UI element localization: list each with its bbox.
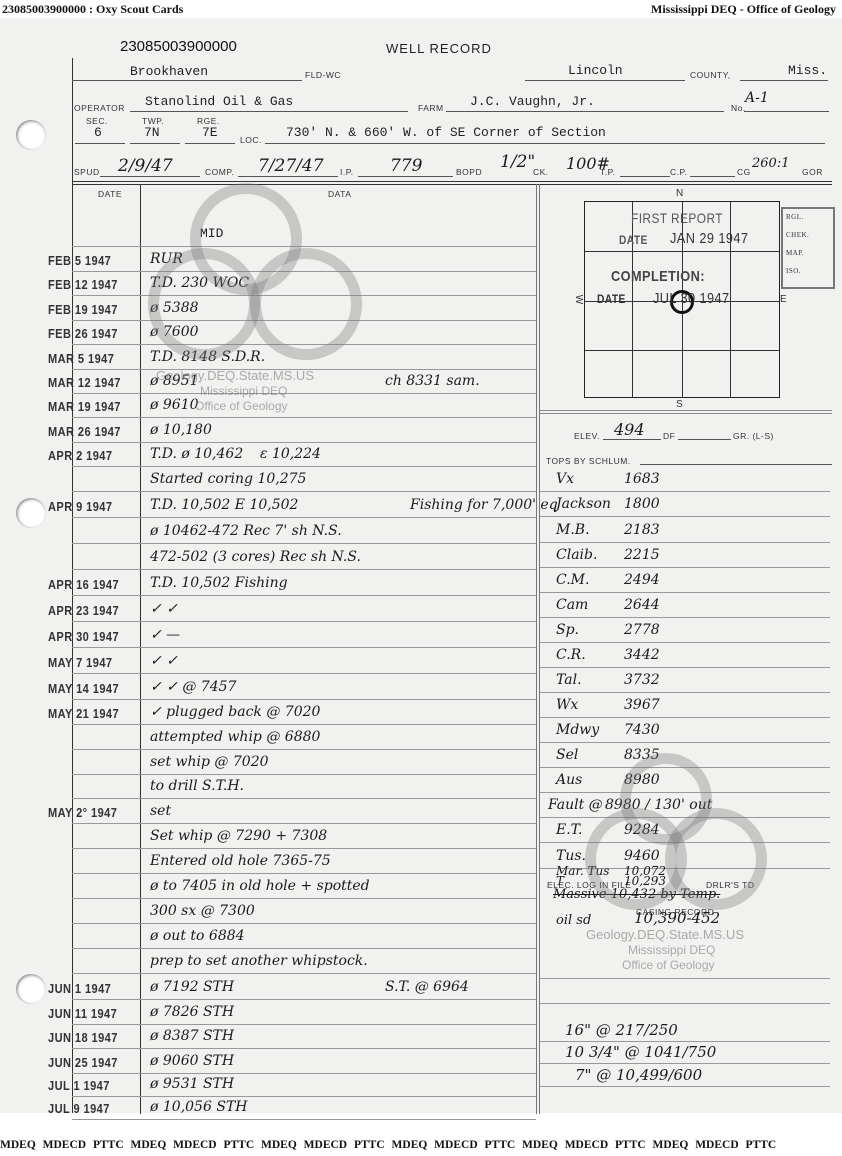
oil-sand-label: oil sd bbox=[556, 913, 591, 928]
entry-data: ø out to 6884 bbox=[150, 928, 245, 944]
section-location-map: FIRST REPORT DATE JAN 29 1947 COMPLETION… bbox=[584, 201, 780, 398]
entry-date: JUN 11 1947 bbox=[48, 1006, 117, 1021]
entry-data: ø 9060 STH bbox=[150, 1053, 234, 1069]
formation-depth: 3442 bbox=[624, 647, 660, 663]
entry-date: MAY 7 1947 bbox=[48, 655, 112, 670]
watermark-org-2: Mississippi DEQ bbox=[628, 943, 715, 957]
formation-name: M.B. bbox=[556, 522, 590, 538]
card-title: WELL RECORD bbox=[386, 41, 492, 56]
entry-date: FEB 19 1947 bbox=[48, 302, 118, 317]
document-header-title: 23085003900000 : Oxy Scout Cards bbox=[2, 0, 183, 18]
watermark-url-2: Geology.DEQ.State.MS.US bbox=[586, 927, 744, 942]
formation-name: C.M. bbox=[556, 572, 589, 588]
watermark-org: Mississippi DEQ bbox=[200, 384, 287, 398]
entry-data: ø 7192 STH bbox=[150, 979, 234, 995]
entry-date: MAR 26 1947 bbox=[48, 424, 121, 439]
choke-size: 1/2" bbox=[500, 152, 535, 172]
formation-name: Tal. bbox=[556, 672, 582, 688]
ip-label: I.P. bbox=[340, 167, 354, 177]
entry-date: FEB 26 1947 bbox=[48, 326, 118, 341]
first-report-date-label: DATE bbox=[619, 233, 648, 247]
df-label: DF bbox=[663, 431, 675, 441]
comp-date: 7/27/47 bbox=[258, 156, 324, 176]
entry-note: S.T. @ 6964 bbox=[385, 979, 469, 995]
entry-date: JUN 1 1947 bbox=[48, 981, 111, 996]
entry-data: 472-502 (3 cores) Rec sh N.S. bbox=[150, 549, 361, 565]
entry-data: ø 7826 STH bbox=[150, 1004, 234, 1020]
farm-value: J.C. Vaughn, Jr. bbox=[470, 94, 595, 109]
entry-date: MAR 19 1947 bbox=[48, 399, 121, 414]
entry-data: ✓ ✓ bbox=[150, 653, 178, 669]
formation-depth: 2494 bbox=[624, 572, 660, 588]
tops-label: TOPS BY SCHLUM. bbox=[546, 456, 631, 466]
field-value: Brookhaven bbox=[130, 64, 208, 79]
cg-label: CG bbox=[737, 167, 751, 177]
entry-data: T.D. ø 10,462 bbox=[150, 446, 243, 462]
bopd-label: BOPD bbox=[456, 167, 482, 177]
entry-data: ✓ — bbox=[150, 627, 180, 643]
compass-north: N bbox=[676, 188, 683, 199]
entry-data: to drill S.T.H. bbox=[150, 778, 244, 794]
entry-date: MAR 5 1947 bbox=[48, 351, 114, 366]
formation-name: C.R. bbox=[556, 647, 586, 663]
entry-date: MAY 14 1947 bbox=[48, 681, 119, 696]
entry-date: MAY 21 1947 bbox=[48, 706, 119, 721]
twp-value: 7N bbox=[144, 125, 160, 140]
formation-depth: 1800 bbox=[624, 496, 660, 512]
entry-date: JUN 25 1947 bbox=[48, 1055, 118, 1070]
watermark-office: Office of Geology bbox=[195, 399, 288, 413]
formation-name: Claib. bbox=[556, 547, 597, 563]
scout-card: 23085003900000 WELL RECORD Brookhaven FL… bbox=[0, 18, 842, 1113]
entry-date: MAY 2° 1947 bbox=[48, 805, 117, 820]
formation-name: E.T. bbox=[556, 822, 582, 838]
formation-name: Fault @ bbox=[548, 797, 603, 813]
punch-hole bbox=[16, 498, 46, 528]
entry-date: APR 9 1947 bbox=[48, 499, 112, 514]
entry-data: ✓ ✓ bbox=[150, 601, 178, 617]
entry-data: Started coring 10,275 bbox=[150, 471, 306, 487]
formation-name: Mdwy bbox=[556, 722, 599, 738]
document-header-source: Mississippi DEQ - Office of Geology bbox=[651, 0, 836, 18]
entry-data: set bbox=[150, 803, 171, 819]
entry-data: ø 8387 STH bbox=[150, 1028, 234, 1044]
formation-name: Jackson bbox=[556, 496, 611, 512]
entry-data: ø 9531 STH bbox=[150, 1076, 234, 1092]
oil-sand-interval: 10,390-452 bbox=[634, 909, 720, 927]
entry-date: APR 16 1947 bbox=[48, 577, 119, 592]
ck-label: CK. bbox=[533, 167, 549, 177]
completion-date-label: DATE bbox=[597, 292, 626, 306]
formation-name: Tus. bbox=[556, 848, 586, 864]
comp-label: COMP. bbox=[205, 167, 234, 177]
compass-west: W bbox=[573, 295, 584, 304]
entry-data: T.D. 10,502 E 10,502 bbox=[150, 497, 298, 513]
county-label: COUNTY, bbox=[690, 70, 731, 80]
compass-south: S bbox=[676, 399, 683, 410]
well-number: A-1 bbox=[745, 90, 769, 106]
first-report-stamp: FIRST REPORT bbox=[631, 210, 723, 226]
entry-date: APR 2 1947 bbox=[48, 448, 112, 463]
casing-string: 7" @ 10,499/600 bbox=[575, 1066, 702, 1084]
compass-east: E bbox=[780, 294, 787, 305]
county-value: Lincoln bbox=[568, 63, 623, 78]
casing-string: 10 3/4" @ 1041/750 bbox=[565, 1043, 716, 1061]
ip-value: 779 bbox=[390, 156, 422, 176]
entry-data: Set whip @ 7290 + 7308 bbox=[150, 828, 327, 844]
cp-label: C.P. bbox=[670, 167, 687, 177]
review-check-box: RGL.CHEK.MAP.ISO. bbox=[781, 207, 835, 289]
check-box-label: ISO. bbox=[786, 267, 801, 275]
date-column-header: DATE bbox=[98, 189, 122, 199]
elevation-value: 494 bbox=[614, 420, 645, 439]
document-footer: MDEQ MDECD PTTC MDEQ MDECD PTTC MDEQ MDE… bbox=[0, 1134, 842, 1156]
entry-date: MAR 12 1947 bbox=[48, 375, 121, 390]
check-box-label: MAP. bbox=[786, 249, 804, 257]
entry-data: ø 10,180 bbox=[150, 422, 212, 438]
entry-data: prep to set another whipstock. bbox=[150, 953, 368, 969]
punch-hole bbox=[16, 120, 46, 150]
entry-data: ø to 7405 in old hole + spotted bbox=[150, 878, 370, 894]
completion-stamp: COMPLETION: bbox=[611, 268, 705, 285]
entry-date: FEB 12 1947 bbox=[48, 277, 118, 292]
formation-name: Wx bbox=[556, 697, 578, 713]
check-box-label: CHEK. bbox=[786, 231, 809, 239]
formation-name: Vx bbox=[556, 471, 574, 487]
formation-depth: 1683 bbox=[624, 471, 660, 487]
formation-depth: 7430 bbox=[624, 722, 660, 738]
formation-depth: 2183 bbox=[624, 522, 660, 538]
formation-name: Sel bbox=[556, 747, 578, 763]
formation-depth: 3732 bbox=[624, 672, 660, 688]
rge-value: 7E bbox=[202, 125, 218, 140]
record-id: 23085003900000 bbox=[120, 38, 237, 55]
formation-depth: 2644 bbox=[624, 597, 660, 613]
entry-data: ✓ plugged back @ 7020 bbox=[150, 704, 320, 720]
entry-date: FEB 5 1947 bbox=[48, 253, 111, 268]
data-column-header: DATA bbox=[328, 189, 351, 199]
entry-note: Fishing for 7,000' eq bbox=[410, 497, 558, 513]
entry-note: ε 10,224 bbox=[260, 446, 321, 462]
watermark-office-2: Office of Geology bbox=[622, 958, 715, 972]
punch-hole bbox=[16, 974, 46, 1004]
entry-date: APR 30 1947 bbox=[48, 629, 119, 644]
formation-name: Sp. bbox=[556, 622, 579, 638]
entry-data: attempted whip @ 6880 bbox=[150, 729, 320, 745]
entry-data: T.D. 10,502 Fishing bbox=[150, 575, 288, 591]
farm-label: FARM bbox=[418, 103, 444, 113]
gor-label: GOR bbox=[802, 167, 823, 177]
sec-value: 6 bbox=[94, 125, 102, 140]
elev-label: ELEV. bbox=[574, 431, 600, 441]
first-report-date: JAN 29 1947 bbox=[670, 230, 748, 247]
state-value: Miss. bbox=[788, 63, 827, 78]
entry-date: JUL 9 1947 bbox=[48, 1101, 110, 1116]
watermark-url: Geology.DEQ.State.MS.US bbox=[156, 368, 314, 383]
loc-label: LOC. bbox=[240, 135, 262, 145]
completion-date: JUL 30 1947 bbox=[653, 290, 730, 307]
spud-date: 2/9/47 bbox=[118, 156, 173, 176]
entry-data: ✓ ✓ @ 7457 bbox=[150, 679, 236, 695]
entry-data: ø 10462-472 Rec 7' sh N.S. bbox=[150, 523, 342, 539]
spud-label: SPUD bbox=[74, 167, 100, 177]
tp-label: T.P. bbox=[600, 167, 616, 177]
entry-date: JUL 1 1947 bbox=[48, 1078, 110, 1093]
formation-name: Cam bbox=[556, 597, 588, 613]
entry-note: ch 8331 sam. bbox=[385, 373, 480, 389]
operator-label: OPERATOR bbox=[74, 103, 125, 113]
formation-depth: 2215 bbox=[624, 547, 660, 563]
entry-data: 300 sx @ 7300 bbox=[150, 903, 255, 919]
entry-date: JUN 18 1947 bbox=[48, 1030, 118, 1045]
entry-data: Entered old hole 7365-75 bbox=[150, 853, 331, 869]
gor-value: 260:1 bbox=[752, 156, 789, 171]
entry-date: APR 23 1947 bbox=[48, 603, 119, 618]
entry-data: set whip @ 7020 bbox=[150, 754, 269, 770]
formation-depth: 3967 bbox=[624, 697, 660, 713]
formation-depth: 2778 bbox=[624, 622, 660, 638]
entry-data: ø 9610 bbox=[150, 397, 199, 413]
entry-data: ø 10,056 STH bbox=[150, 1099, 247, 1115]
field-label: FLD-WC bbox=[305, 70, 341, 80]
gr-label: GR. (L-S) bbox=[733, 431, 774, 441]
location-value: 730' N. & 660' W. of SE Corner of Sectio… bbox=[286, 125, 606, 140]
date-column-rule bbox=[140, 184, 141, 1114]
check-box-label: RGL. bbox=[786, 213, 804, 221]
casing-string: 16" @ 217/250 bbox=[565, 1021, 678, 1039]
formation-name: Aus bbox=[556, 772, 582, 788]
operator-value: Stanolind Oil & Gas bbox=[145, 94, 293, 109]
